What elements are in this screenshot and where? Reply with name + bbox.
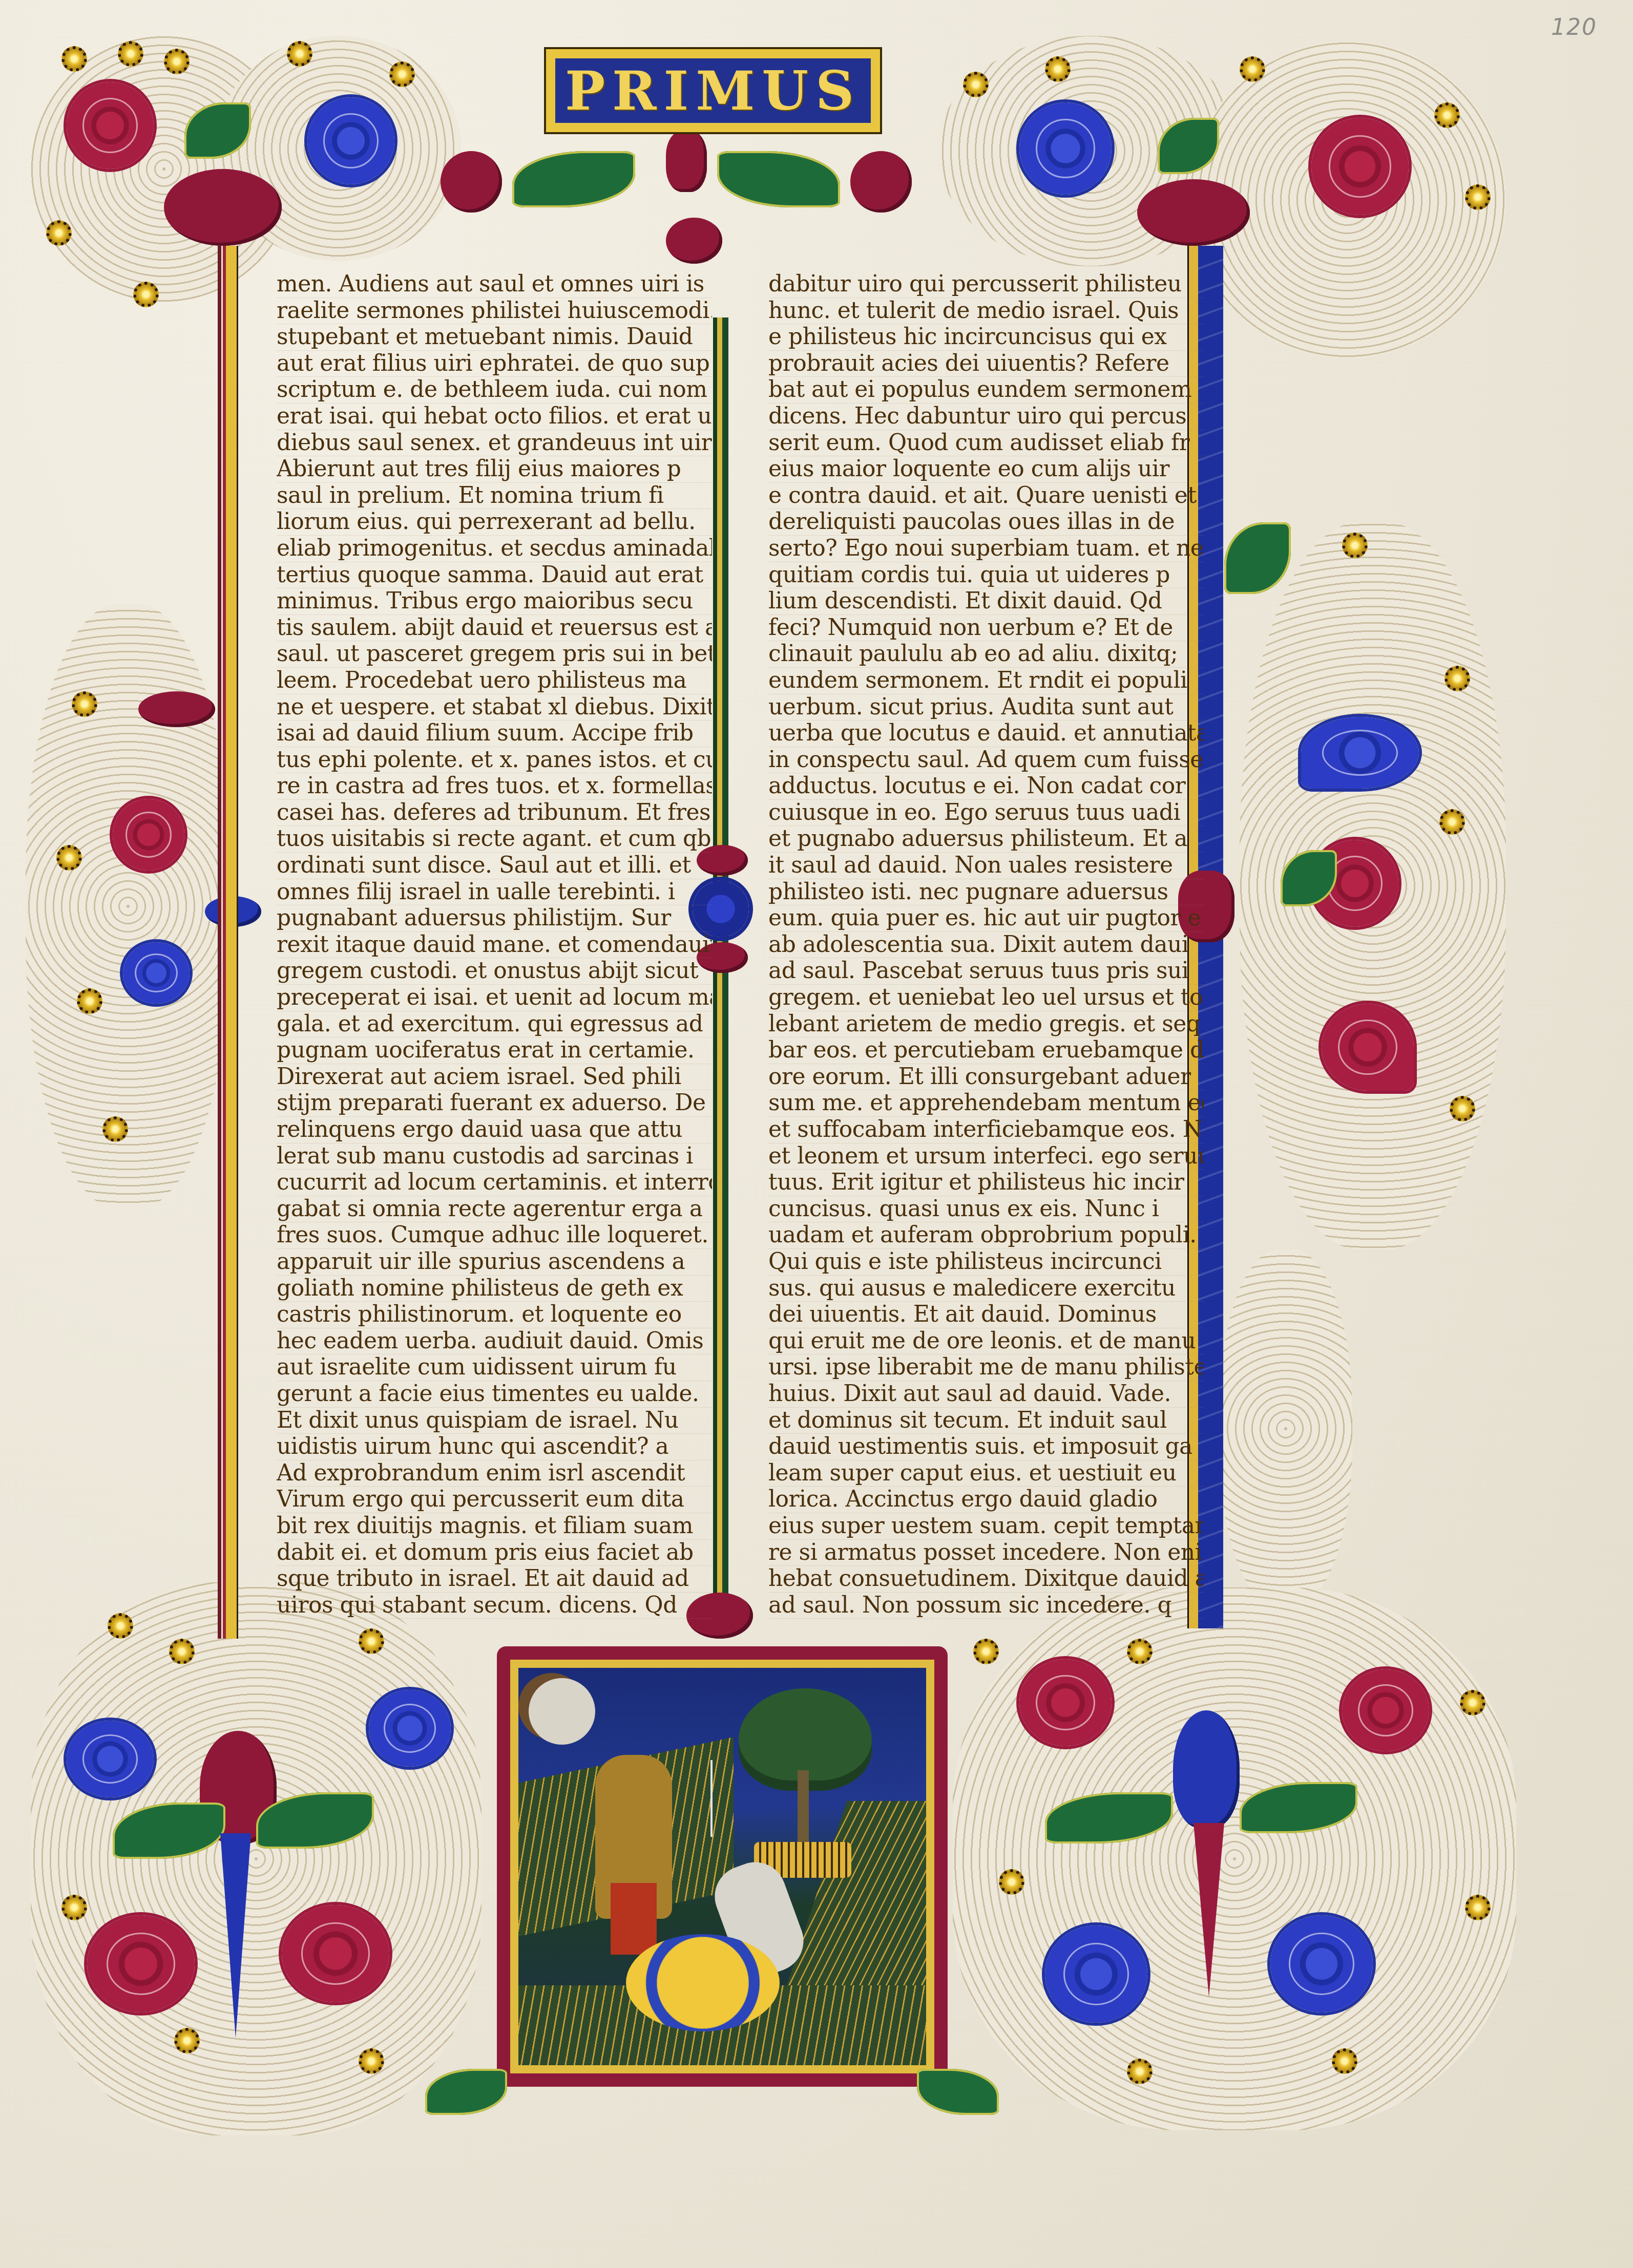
text-line: re si armatus posset incedere. Non eni: [768, 1540, 1204, 1566]
text-line: et pugnabo aduersus philisteum. Et a: [768, 826, 1204, 853]
text-line: philisteo isti. nec pugnare aduersus: [768, 879, 1204, 906]
text-line: castris philistinorum. et loquente eo: [277, 1302, 712, 1328]
text-line: scriptum e. de bethleem iuda. cui nom: [277, 377, 712, 404]
text-line: eius maior loquente eo cum alijs uir: [768, 456, 1204, 483]
text-line: gregem. et ueniebat leo uel ursus et tol: [768, 985, 1204, 1011]
text-line: probrauit acies dei uiuentis? Refere: [768, 351, 1204, 377]
text-line: pugnabant aduersus philistijm. Sur: [277, 905, 712, 932]
text-line: lium descendisti. Et dixit dauid. Qd: [768, 588, 1204, 615]
text-line: dabit ei. et domum pris eius faciet ab: [277, 1540, 712, 1566]
red-flower-icon: [1019, 1659, 1112, 1746]
text-line: dei uiuentis. Et ait dauid. Dominus: [768, 1302, 1204, 1328]
text-line: Abierunt aut tres filij eius maiores p: [277, 456, 712, 483]
text-line: et dominus sit tecum. Et induit saul: [768, 1408, 1204, 1434]
text-line: omnes filij israel in ualle terebinti. i: [277, 879, 712, 906]
red-flower-icon: [1322, 1004, 1414, 1091]
text-line: ad saul. Non possum sic incedere. q: [768, 1593, 1204, 1619]
blue-flower-icon: [123, 942, 190, 1004]
text-line: dicens. Hec dabuntur uiro qui percus: [768, 404, 1204, 430]
text-line: leem. Procedebat uero philisteus ma: [277, 668, 712, 694]
text-line: bar eos. et percutiebam eruebamque de: [768, 1037, 1204, 1064]
text-line: dereliquisti paucolas oues illas in de: [768, 509, 1204, 536]
text-line: stupebant et metuebant nimis. Dauid: [277, 324, 712, 351]
text-line: it saul ad dauid. Non uales resistere: [768, 853, 1204, 879]
top-scroll-ornament: [400, 131, 1014, 233]
text-line: saul in prelium. Et nomina trium fi: [277, 483, 712, 510]
text-line: ordinati sunt disce. Saul aut et illi. e…: [277, 853, 712, 879]
text-line: uerba que locutus e dauid. et annutiata: [768, 720, 1204, 747]
text-line: saul. ut pasceret gregem pris sui in bet…: [277, 641, 712, 668]
text-line: uidistis uirum hunc qui ascendit? a: [277, 1434, 712, 1460]
text-line: isai ad dauid filium suum. Accipe frib: [277, 720, 712, 747]
miniature-gold-frame: [510, 1660, 934, 2073]
bottom-scroll-ornament: [425, 2069, 1009, 2130]
text-line: eundem sermonem. Et rndit ei populi: [768, 668, 1204, 694]
text-line: feci? Numquid non uerbum e? Et de: [768, 615, 1204, 642]
text-line: bat aut ei populus eundem sermonem: [768, 377, 1204, 404]
text-line: eius super uestem suam. cepit temptare: [768, 1513, 1204, 1540]
text-line: sus. qui ausus e maledicere exercitu: [768, 1276, 1204, 1302]
text-line: bit rex diuitijs magnis. et filiam suam: [277, 1513, 712, 1540]
text-line: cucurrit ad locum certaminis. et interro: [277, 1170, 712, 1196]
text-line: lorica. Accinctus ergo dauid gladio: [768, 1487, 1204, 1513]
text-line: aut erat filius uiri ephratei. de quo su…: [277, 351, 712, 377]
blue-flower-icon: [369, 1690, 451, 1767]
text-line: eum. quia puer es. hic aut uir pugtor e: [768, 905, 1204, 932]
text-line: tuus. Erit igitur et philisteus hic inci…: [768, 1170, 1204, 1196]
text-column-left: men. Audiens aut saul et omnes uiri isra…: [277, 271, 712, 1619]
text-line: tertius quoque samma. Dauid aut erat: [277, 562, 712, 589]
sling-icon: [710, 1760, 713, 1837]
text-line: e contra dauid. et ait. Quare uenisti et…: [768, 483, 1204, 510]
text-line: cuncisus. quasi unus ex eis. Nunc i: [768, 1196, 1204, 1223]
red-flower-icon: [87, 1915, 195, 2012]
text-line: re in castra ad fres tuos. et x. formell…: [277, 773, 712, 800]
text-line: ore eorum. Et illi consurgebant aduer: [768, 1064, 1204, 1091]
text-line: ne et uespere. et stabat xl diebus. Dixi…: [277, 694, 712, 721]
text-line: tus ephi polente. et x. panes istos. et …: [277, 747, 712, 774]
running-head-title: PRIMUS: [544, 47, 882, 134]
text-line: lerat sub manu custodis ad sarcinas i: [277, 1143, 712, 1170]
text-line: lebant arietem de medio gregis. et seq: [768, 1011, 1204, 1038]
text-line: serit eum. Quod cum audisset eliab fr: [768, 430, 1204, 457]
text-line: Direxerat aut aciem israel. Sed phili: [277, 1064, 712, 1091]
red-flower-icon: [282, 1905, 389, 2002]
blue-flower-icon: [307, 97, 394, 184]
text-line: quitiam cordis tui. quia ut uideres p: [768, 562, 1204, 589]
blue-flower-icon: [1301, 717, 1419, 789]
text-line: gala. et ad exercitum. qui egressus ad: [277, 1011, 712, 1038]
text-line: aut israelite cum uidissent uirum fu: [277, 1354, 712, 1381]
text-line: tuos uisitabis si recte agant. et cum qb: [277, 826, 712, 853]
blue-flower-icon: [1045, 1925, 1147, 2023]
text-line: uadam et auferam obprobrium populi.: [768, 1222, 1204, 1249]
historiated-miniature: [497, 1646, 948, 2087]
red-flower-icon: [113, 799, 184, 871]
text-line: dauid uestimentis suis. et imposuit ga: [768, 1434, 1204, 1460]
text-line: relinquens ergo dauid uasa que attu: [277, 1117, 712, 1143]
running-head-label: PRIMUS: [555, 58, 871, 123]
text-line: ursi. ipse liberabit me de manu philiste…: [768, 1354, 1204, 1381]
text-line: in conspectu saul. Ad quem cum fuisset: [768, 747, 1204, 774]
folio-number: 120: [1551, 14, 1597, 40]
text-line: hunc. et tulerit de medio israel. Quis: [768, 298, 1204, 325]
text-line: et leonem et ursum interfeci. ego seruus: [768, 1143, 1204, 1170]
text-line: casei has. deferes ad tribunum. Et fres: [277, 800, 712, 826]
text-line: sum me. et apprehendebam mentum eor.: [768, 1090, 1204, 1117]
text-line: hebat consuetudinem. Dixitque dauid a: [768, 1566, 1204, 1593]
text-line: tis saulem. abijt dauid et reuersus est …: [277, 615, 712, 642]
blue-flower-icon: [1270, 1915, 1373, 2012]
text-line: e philisteus hic incircuncisus qui ex: [768, 324, 1204, 351]
text-line: stijm preparati fuerant ex aduerso. De: [277, 1090, 712, 1117]
goliath-body-figure: [626, 1934, 780, 2031]
text-line: uerbum. sicut prius. Audita sunt aut: [768, 694, 1204, 721]
text-line: qui eruit me de ore leonis. et de manu: [768, 1328, 1204, 1355]
left-gold-bar: [218, 246, 238, 1639]
text-line: hec eadem uerba. audiuit dauid. Omis: [277, 1328, 712, 1355]
text-line: eliab primogenitus. et secdus aminadab.: [277, 536, 712, 562]
text-line: clinauit paululu ab eo ad aliu. dixitq;: [768, 641, 1204, 668]
text-line: et suffocabam interficiebamque eos. Na: [768, 1117, 1204, 1143]
text-line: leam super caput eius. et uestiuit eu: [768, 1460, 1204, 1487]
miniature-scene-david-goliath: [518, 1668, 926, 2065]
text-line: gabat si omnia recte agerentur erga a: [277, 1196, 712, 1223]
red-flower-icon: [67, 82, 154, 169]
text-line: gregem custodi. et onustus abijt sicut: [277, 958, 712, 985]
text-line: Qui quis e iste philisteus incircunci: [768, 1249, 1204, 1276]
text-column-right: dabitur uiro qui percusserit philisteuhu…: [768, 271, 1204, 1619]
goliath-head-figure: [529, 1678, 595, 1745]
red-flower-icon: [1311, 118, 1409, 215]
text-line: Et dixit unus quispiam de israel. Nu: [277, 1408, 712, 1434]
text-line: sque tributo in israel. Et ait dauid ad: [277, 1566, 712, 1593]
text-line: diebus saul senex. et grandeuus int uiro…: [277, 430, 712, 457]
text-line: adductus. locutus e ei. Non cadat cor: [768, 773, 1204, 800]
text-line: gerunt a facie eius timentes eu ualde.: [277, 1381, 712, 1408]
text-line: preceperat ei isai. et uenit ad locum ma: [277, 985, 712, 1011]
text-line: cuiusque in eo. Ego seruus tuus uadi: [768, 800, 1204, 826]
text-line: erat isai. qui hebat octo filios. et era…: [277, 404, 712, 430]
text-line: apparuit uir ille spurius ascendens a: [277, 1249, 712, 1276]
text-line: dabitur uiro qui percusserit philisteu: [768, 271, 1204, 298]
text-line: fres suos. Cumque adhuc ille loqueret.: [277, 1222, 712, 1249]
red-flower-icon: [1342, 1669, 1429, 1751]
text-line: Ad exprobrandum enim isrl ascendit: [277, 1460, 712, 1487]
text-line: rexit itaque dauid mane. et comendauit: [277, 932, 712, 959]
text-line: ab adolescentia sua. Dixit autem daui: [768, 932, 1204, 959]
text-line: goliath nomine philisteus de geth ex: [277, 1276, 712, 1302]
text-line: Virum ergo qui percusserit eum dita: [277, 1487, 712, 1513]
text-line: raelite sermones philistei huiuscemodi.: [277, 298, 712, 325]
text-line: serto? Ego noui superbiam tuam. et ne: [768, 536, 1204, 562]
text-line: huius. Dixit aut saul ad dauid. Vade.: [768, 1381, 1204, 1408]
blue-flower-icon: [67, 1721, 154, 1797]
text-line: men. Audiens aut saul et omnes uiri is: [277, 271, 712, 298]
blue-flower-icon: [1019, 102, 1112, 195]
text-line: uiros qui stabant secum. dicens. Qd: [277, 1593, 712, 1619]
text-line: minimus. Tribus ergo maioribus secu: [277, 588, 712, 615]
text-line: liorum eius. qui perrexerant ad bellu.: [277, 509, 712, 536]
text-line: pugnam uociferatus erat in certamie.: [277, 1037, 712, 1064]
text-line: ad saul. Pascebat seruus tuus pris sui: [768, 958, 1204, 985]
